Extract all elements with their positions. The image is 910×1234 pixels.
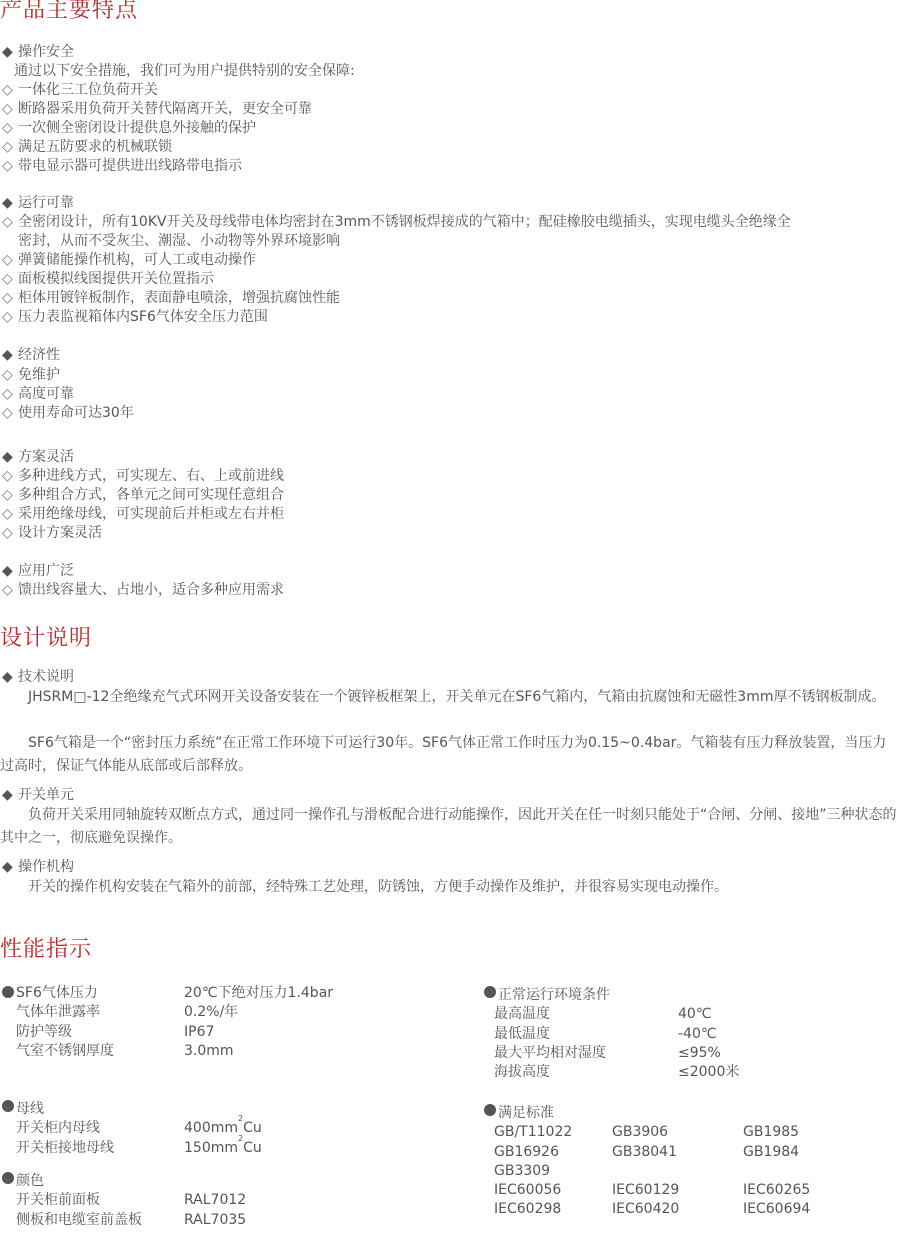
list-item: ◇断路器采用负荷开关替代隔离开关，更安全可靠 (2, 100, 312, 119)
list-item: ◇多种进线方式，可实现左、右、上或前进线 (2, 467, 284, 486)
heading-safety: ◆操作安全 (2, 43, 74, 62)
list-item: ◇带电显示器可提供进出线路带电指示 (2, 157, 242, 176)
heading-mechanism: ◆操作机构 (2, 858, 74, 877)
list-item: ◇设计方案灵活 (2, 524, 102, 543)
list-item: ◇一次侧全密闭设计提供息外接触的保护 (2, 119, 256, 138)
heading-reliable: ◆运行可靠 (2, 194, 74, 213)
heading-economy: ◆经济性 (2, 346, 60, 365)
diamond-hollow-icon: ◇ (2, 270, 18, 289)
diamond-filled-icon: ◆ (2, 43, 18, 62)
section-title-performance: 性能指示 (0, 937, 92, 963)
diamond-filled-icon: ◆ (2, 194, 18, 213)
diamond-hollow-icon: ◇ (2, 467, 18, 486)
section-title-features: 产品主要特点 (0, 0, 138, 24)
spec-color: 颜色 开关柜前面板RAL7012 侧板和电缆室前盖板RAL7035 (2, 1172, 246, 1230)
tech-paragraph-1: JHSRM□-12全绝缘充气式环网开关设备安装在一个镀锌板框架上，开关单元在SF… (0, 686, 900, 709)
list-item-continuation: 密封，从而不受灰尘、潮湿、小动物等外界环境影响 (2, 232, 340, 251)
switch-paragraph: 负荷开关采用同轴旋转双断点方式，通过同一操作孔与滑板配合进行动能操作，因此开关在… (0, 804, 900, 850)
heading-wide: ◆应用广泛 (2, 562, 74, 581)
spec-busbar: 母线 开关柜内母线400mm2Cu 开关柜接地母线150mm2Cu (2, 1100, 262, 1158)
list-item: ◇一体化三工位负荷开关 (2, 81, 158, 100)
heading-tech: ◆技术说明 (2, 668, 74, 687)
diamond-hollow-icon: ◇ (2, 404, 18, 423)
spec-sf6: SF6气体压力20℃下绝对压力1.4bar 气体年泄露率0.2%/年 防护等级I… (2, 984, 333, 1061)
safety-intro: 通过以下安全措施，我们可为用户提供特别的安全保障: (2, 62, 355, 81)
spec-environment: 正常运行环境条件 最高温度40℃ 最低温度-40℃ 最大平均相对湿度≤95% 海… (484, 986, 739, 1082)
list-item: ◇弹簧储能操作机构，可人工或电动操作 (2, 251, 256, 270)
tech-paragraph-2: SF6气箱是一个“密封压力系统”在正常工作环境下可运行30年。SF6气体正常工作… (0, 732, 900, 778)
diamond-hollow-icon: ◇ (2, 505, 18, 524)
spec-standards: 满足标准 GB/T11022GB3906GB1985 GB16926GB3804… (484, 1104, 863, 1220)
list-item: ◇免维护 (2, 366, 60, 385)
diamond-hollow-icon: ◇ (2, 100, 18, 119)
diamond-hollow-icon: ◇ (2, 81, 18, 100)
mechanism-paragraph: 开关的操作机构安装在气箱外的前部，经特殊工艺处理，防锈蚀，方便手动操作及维护，并… (0, 876, 900, 899)
heading-flexible: ◆方案灵活 (2, 448, 74, 467)
bullet-dot-icon (484, 1104, 496, 1116)
diamond-hollow-icon: ◇ (2, 486, 18, 505)
diamond-hollow-icon: ◇ (2, 385, 18, 404)
diamond-filled-icon: ◆ (2, 346, 18, 365)
diamond-hollow-icon: ◇ (2, 157, 18, 176)
list-item: ◇多种组合方式，各单元之间可实现任意组合 (2, 486, 284, 505)
diamond-filled-icon: ◆ (2, 668, 18, 687)
list-item: ◇全密闭设计，所有10KV开关及母线带电体均密封在3mm不锈钢板焊接成的气箱中；… (2, 213, 791, 232)
diamond-hollow-icon: ◇ (2, 289, 18, 308)
bullet-dot-icon (2, 1172, 14, 1184)
diamond-hollow-icon: ◇ (2, 366, 18, 385)
diamond-hollow-icon: ◇ (2, 119, 18, 138)
diamond-filled-icon: ◆ (2, 562, 18, 581)
bullet-dot-icon (2, 986, 14, 998)
diamond-hollow-icon: ◇ (2, 213, 18, 232)
bullet-dot-icon (2, 1100, 14, 1112)
list-item: ◇高度可靠 (2, 385, 74, 404)
list-item: ◇使用寿命可达30年 (2, 404, 134, 423)
diamond-hollow-icon: ◇ (2, 581, 18, 600)
diamond-hollow-icon: ◇ (2, 251, 18, 270)
list-item: ◇面板模拟线图提供开关位置指示 (2, 270, 214, 289)
diamond-filled-icon: ◆ (2, 858, 18, 877)
diamond-hollow-icon: ◇ (2, 308, 18, 327)
diamond-filled-icon: ◆ (2, 786, 18, 805)
heading-switch: ◆开关单元 (2, 786, 74, 805)
list-item: ◇压力表监视箱体内SF6气体安全压力范围 (2, 308, 268, 327)
diamond-hollow-icon: ◇ (2, 524, 18, 543)
section-title-design: 设计说明 (0, 626, 92, 652)
list-item: ◇柜体用镀锌板制作，表面静电喷涂，增强抗腐蚀性能 (2, 289, 340, 308)
list-item: ◇采用绝缘母线，可实现前后并柜或左右并柜 (2, 505, 284, 524)
diamond-hollow-icon: ◇ (2, 138, 18, 157)
list-item: ◇馈出线容量大、占地小，适合多种应用需求 (2, 581, 284, 600)
list-item: ◇满足五防要求的机械联锁 (2, 138, 172, 157)
diamond-filled-icon: ◆ (2, 448, 18, 467)
bullet-dot-icon (484, 986, 496, 998)
